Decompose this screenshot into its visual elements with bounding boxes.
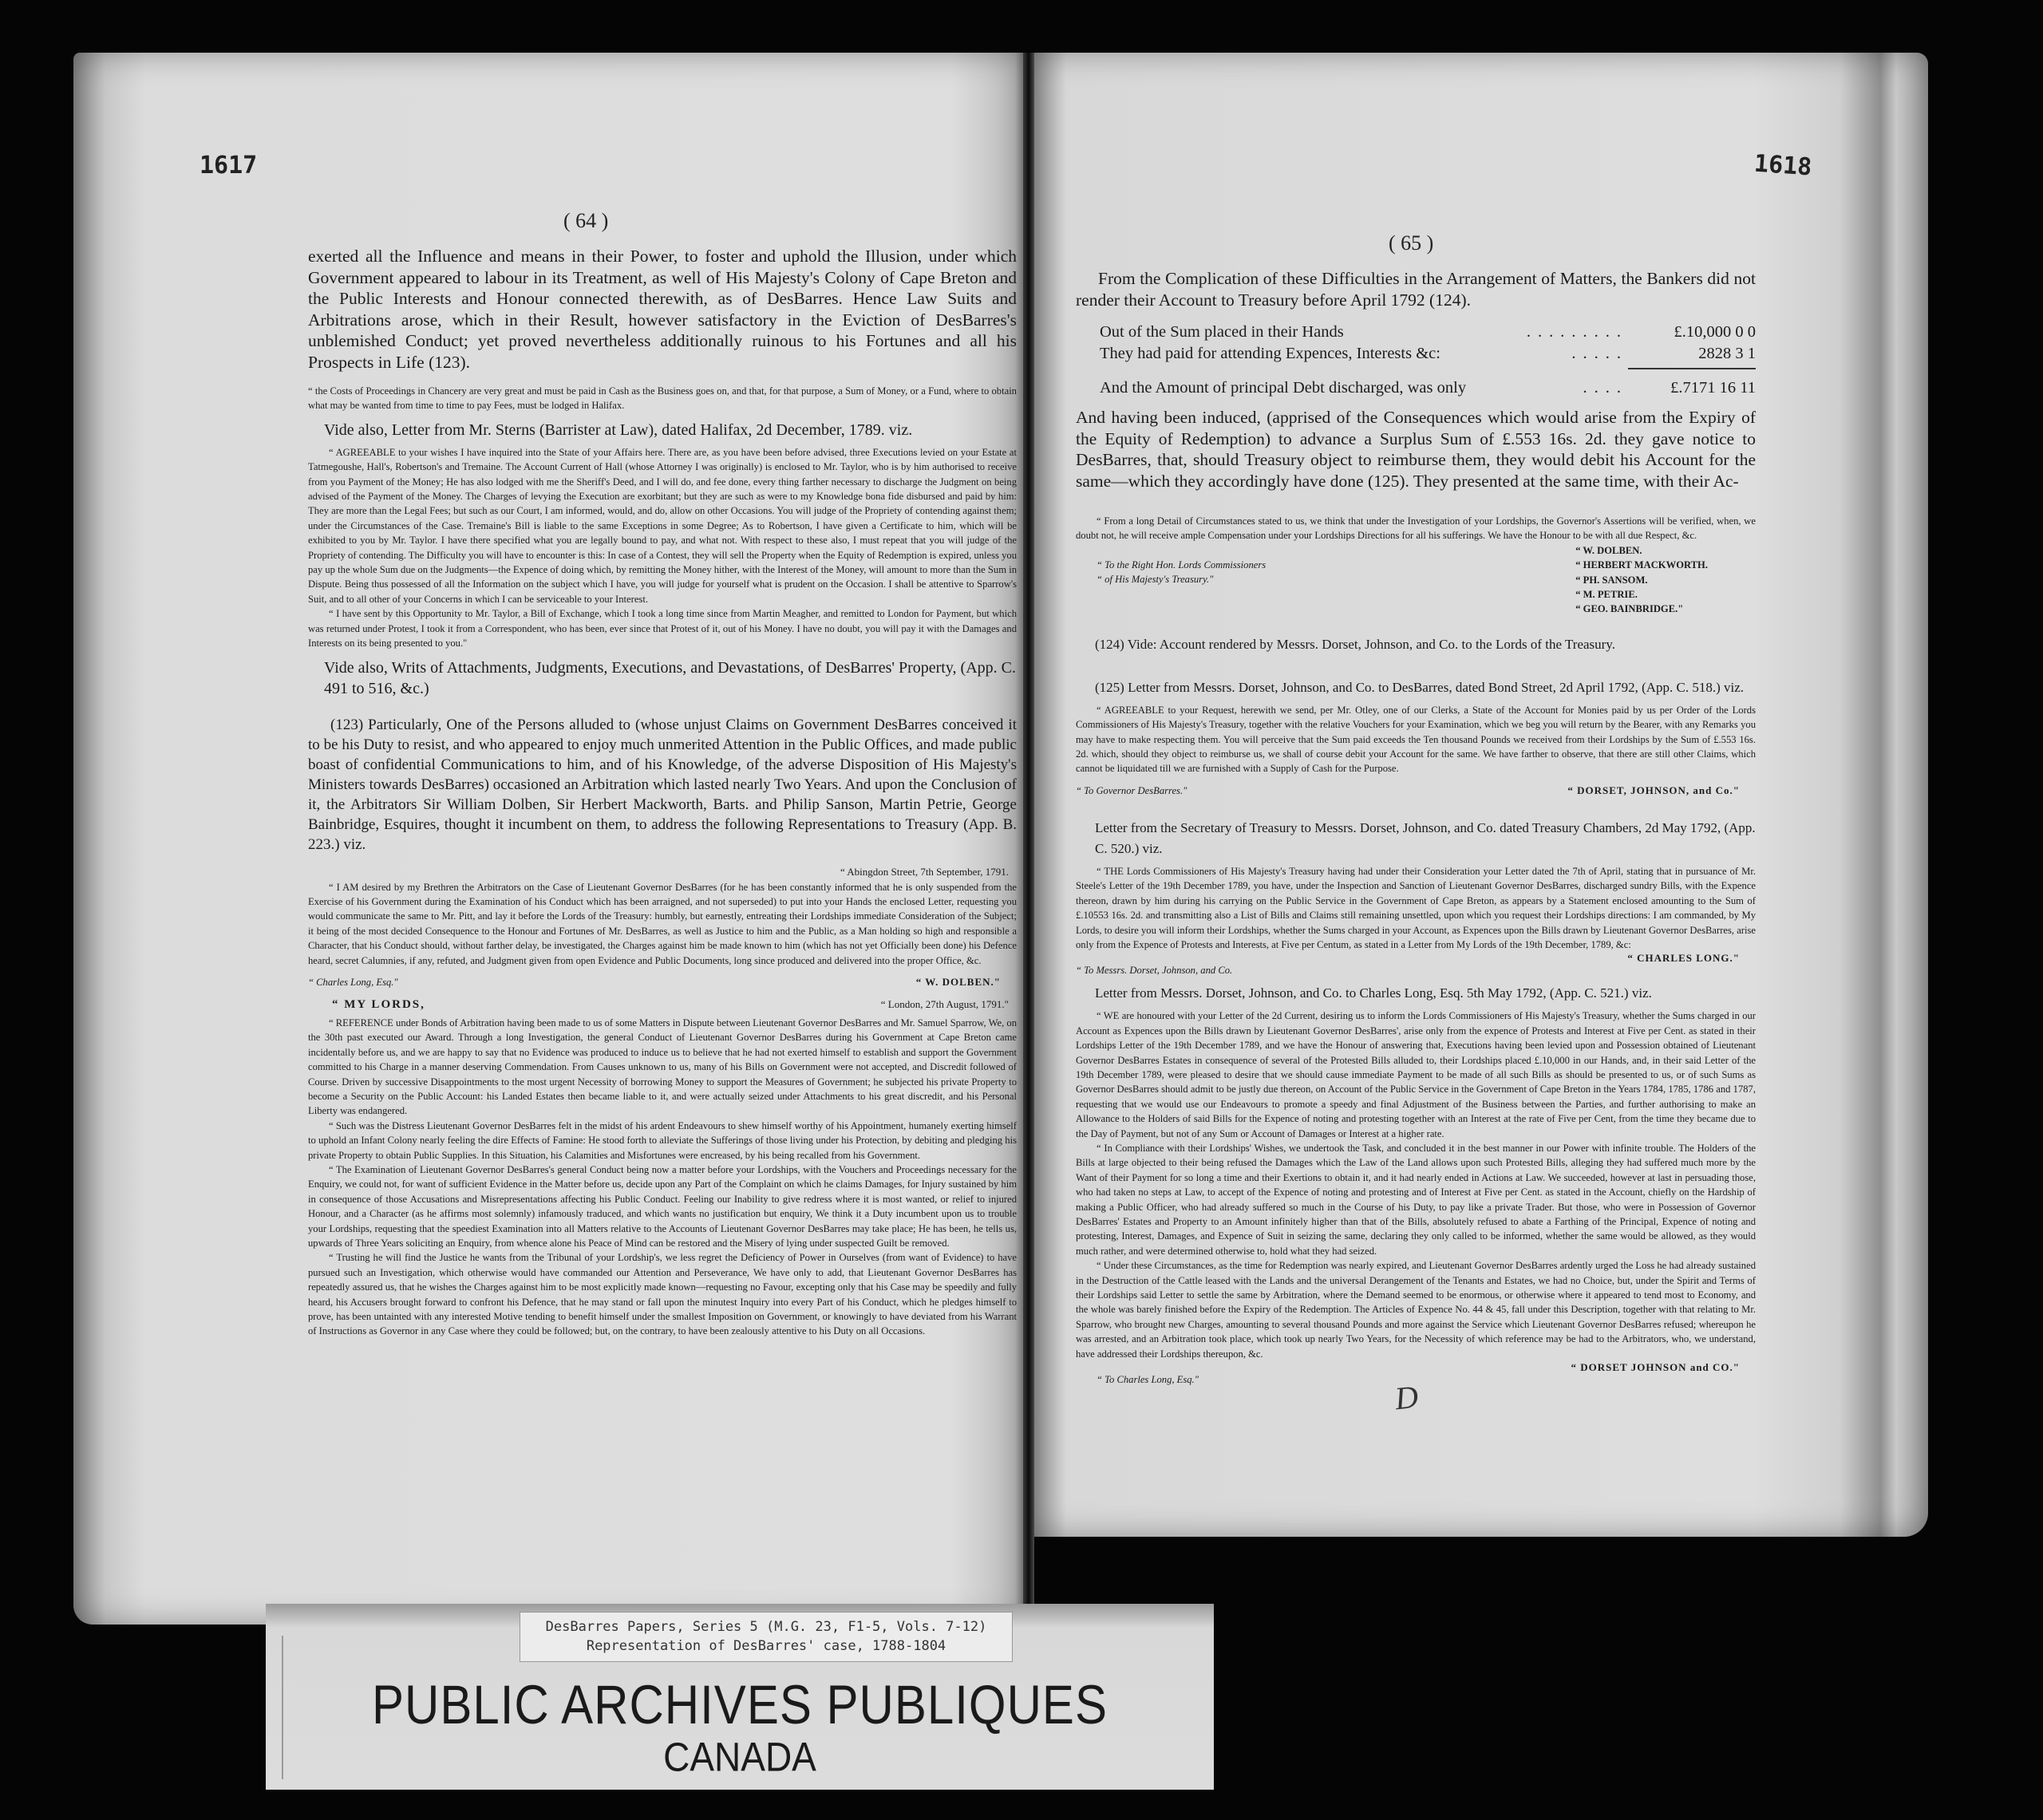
sterns-letter-p1: AGREEABLE to your wishes I have inquired…: [308, 445, 1017, 606]
left-page-text: exerted all the Influence and means in t…: [308, 246, 1017, 1339]
dolben-dateline: “ Abingdon Street, 7th September, 1791.: [308, 866, 1009, 878]
lords-letter-p3: The Examination of Lieutenant Governor D…: [308, 1163, 1017, 1250]
arbitrators-addressee: “ To the Right Hon. Lords Commissioners: [1097, 558, 1266, 572]
continuation-paragraph: And having been induced, (apprised of th…: [1076, 407, 1756, 492]
book-spine: [1023, 53, 1034, 1609]
dolben-letter-body: I AM desired by my Brethren the Arbitrat…: [308, 880, 1017, 968]
signatory: “ HERBERT MACKWORTH.: [1575, 558, 1708, 572]
page-number-right: ( 65 ): [1389, 231, 1433, 255]
footnote-124: (124) Vide: Account rendered by Messrs. …: [1095, 634, 1756, 655]
dolben-signature: “ W. DOLBEN.": [916, 976, 1001, 989]
signatory: “ W. DOLBEN.: [1575, 543, 1708, 558]
intro-paragraph: From the Complication of these Difficult…: [1076, 268, 1756, 310]
page-number-left: ( 64 ): [563, 209, 608, 233]
dorset-letter-2-p2: In Compliance with their Lordships' Wish…: [1076, 1141, 1756, 1258]
sterns-letter-p2: I have sent by this Opportunity to Mr. T…: [308, 606, 1017, 650]
archive-title: PUBLIC ARCHIVES PUBLIQUES: [266, 1673, 1214, 1736]
sum-rule: [1628, 368, 1756, 369]
lords-dateline: “ London, 27th August, 1791.": [881, 998, 1009, 1011]
arbitrators-signature-block: “ To the Right Hon. Lords Commissioners …: [1076, 543, 1756, 617]
dorset-letter-1: AGREEABLE to your Request, herewith we s…: [1076, 703, 1756, 776]
archive-country: CANADA: [266, 1733, 1214, 1780]
secretary-addressee: “ To Messrs. Dorset, Johnson, and Co.: [1076, 965, 1756, 977]
dorset-letter-1-signature: “ DORSET, JOHNSON, and Co.": [1567, 784, 1740, 797]
signatory: “ M. PETRIE.: [1575, 587, 1708, 602]
lords-letter-p4: Trusting he will find the Justice he wan…: [308, 1250, 1017, 1338]
arbitrators-close: From a long Detail of Circumstances stat…: [1076, 514, 1756, 543]
vide-writs-heading: Vide also, Writs of Attachments, Judgmen…: [324, 657, 1017, 699]
signatory: “ GEO. BAINBRIDGE.": [1575, 602, 1708, 616]
archive-card: DesBarres Papers, Series 5 (M.G. 23, F1-…: [266, 1604, 1214, 1790]
archive-reference-tag: DesBarres Papers, Series 5 (M.G. 23, F1-…: [520, 1612, 1013, 1662]
dorset-letter-2-p3: Under these Circumstances, as the time f…: [1076, 1258, 1756, 1361]
folio-number-left: 1617: [200, 152, 257, 180]
secretary-signature: “ CHARLES LONG.": [1076, 952, 1740, 965]
account-total-row: And the Amount of principal Debt dischar…: [1100, 377, 1756, 399]
handwritten-mark: D: [1393, 1378, 1421, 1418]
lords-letter-p1: REFERENCE under Bonds of Arbitration hav…: [308, 1016, 1017, 1119]
secretary-letter: THE Lords Commissioners of His Majesty's…: [1076, 864, 1756, 952]
main-paragraph: exerted all the Influence and means in t…: [308, 246, 1017, 373]
lords-letter-p2: Such was the Distress Lieutenant Governo…: [308, 1119, 1017, 1163]
folio-number-right: 1618: [1753, 150, 1813, 182]
dorset-heading-2: Letter from Messrs. Dorset, Johnson, and…: [1095, 983, 1756, 1004]
footnote-123: (123) Particularly, One of the Persons a…: [308, 715, 1017, 855]
archive-tag-line-1: DesBarres Papers, Series 5 (M.G. 23, F1-…: [520, 1617, 1012, 1636]
vide-sterns-heading: Vide also, Letter from Mr. Sterns (Barri…: [324, 420, 1017, 440]
signatory: “ PH. SANSOM.: [1575, 573, 1708, 587]
account-row: They had paid for attending Expences, In…: [1100, 343, 1756, 365]
dolben-addressee: “ Charles Long, Esq.": [308, 977, 398, 989]
dorset-letter-2-p1: WE are honoured with your Letter of the …: [1076, 1009, 1756, 1141]
account-table: Out of the Sum placed in their Hands ...…: [1100, 322, 1756, 399]
footnote-125-heading: (125) Letter from Messrs. Dorset, Johnso…: [1095, 677, 1756, 698]
dorset-letter-2-signature: “ DORSET JOHNSON and CO.": [1076, 1361, 1740, 1374]
archive-tag-line-2: Representation of DesBarres' case, 1788-…: [520, 1636, 1012, 1656]
account-row: Out of the Sum placed in their Hands ...…: [1100, 322, 1756, 343]
footnote-continuation: the Costs of Proceedings in Chancery are…: [308, 384, 1017, 413]
dorset-letter-1-addressee: “ To Governor DesBarres.": [1076, 785, 1187, 797]
lords-salutation: “ MY LORDS,: [332, 998, 425, 1012]
secretary-heading: Letter from the Secretary of Treasury to…: [1095, 818, 1756, 859]
right-page-text: From the Complication of these Difficult…: [1076, 268, 1756, 1386]
